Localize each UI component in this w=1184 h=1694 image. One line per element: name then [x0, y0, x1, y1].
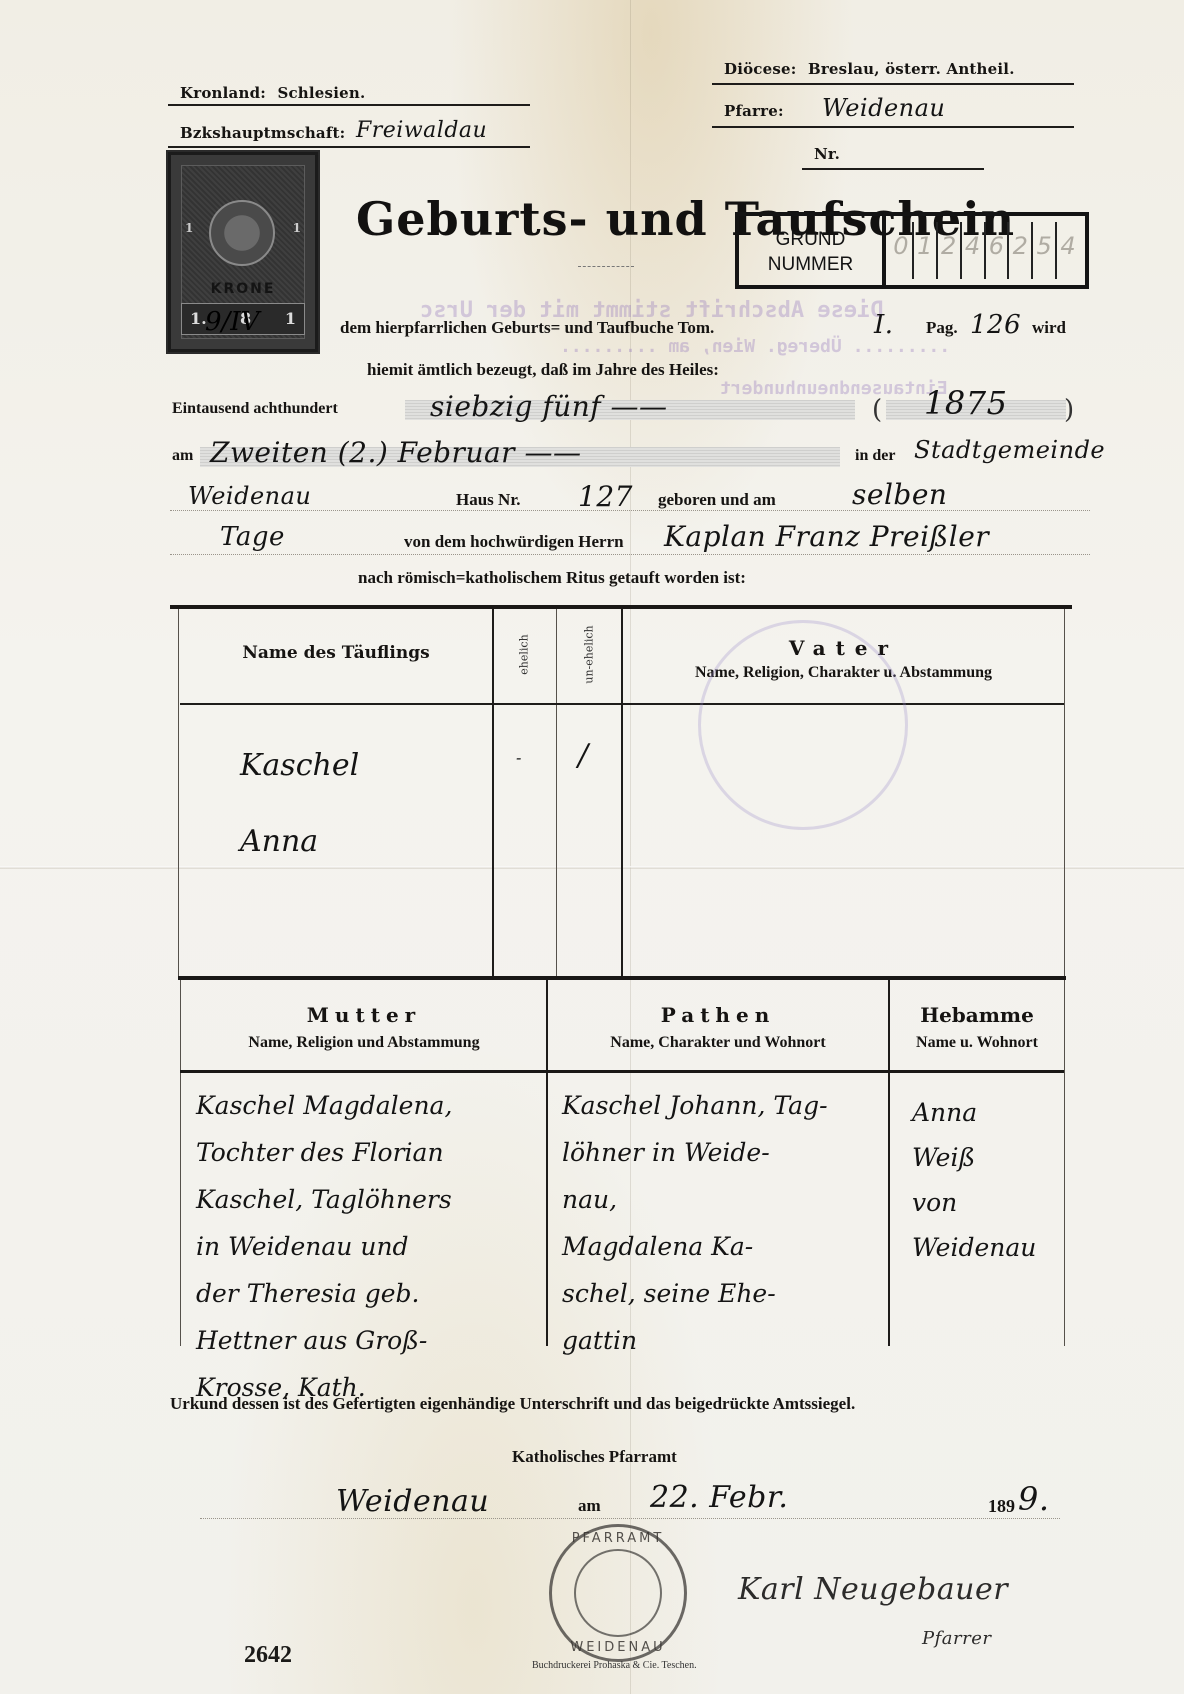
bezirk-label: Bzkshauptmschaft: [180, 124, 345, 142]
in-der-label: in der [855, 447, 895, 465]
revenue-stamp: 1 1 KRONE 1. 8 1 9/IV [168, 152, 318, 352]
table-top-divider-1 [492, 609, 494, 977]
footer-place: Weidenau [336, 1484, 489, 1519]
midwife-value: Anna Weiß von Weidenau [912, 1090, 1062, 1270]
godparents-value: Kaschel Johann, Tag- löhner in Weide- na… [562, 1082, 886, 1364]
dioecese-label: Diöcese: [724, 60, 797, 78]
header-godparents-title: Pathen [548, 1003, 888, 1027]
digit-cell: 1 [914, 222, 938, 279]
form-number: 2642 [244, 1642, 292, 1669]
seal-inner-ring [574, 1549, 662, 1637]
legit-value: - [516, 748, 522, 767]
priest-label: von dem hochwürdigen Herrn [404, 532, 624, 552]
paren-open: ( [872, 395, 882, 425]
kronland-rule [168, 104, 530, 106]
date-words: Zweiten (2.) Februar —— [210, 436, 581, 469]
year-words: siebzig fünf —— [430, 390, 668, 423]
bezirk-field: Bzkshauptmschaft: [180, 124, 345, 142]
footer-year-suffix: 9. [1018, 1480, 1050, 1518]
table-top-right-border [1064, 609, 1065, 977]
pfarre-label: Pfarre: [724, 102, 784, 120]
priest-dotted-rule [170, 554, 1090, 555]
ghost-stamp-line3: Eintausendneunhundert [720, 378, 948, 399]
year-prefix: Eintausend achthundert [172, 400, 338, 418]
digit-cell: 2 [938, 222, 962, 279]
pag-label: Pag. [926, 318, 958, 338]
stamp-bottom-right: 1 [285, 309, 296, 328]
kronland-value: Schlesien. [277, 84, 365, 102]
paren-close: ) [1064, 395, 1074, 425]
body-line1: dem hierpfarrlichen Geburts= und Taufbuc… [340, 318, 714, 338]
nr-rule [802, 168, 984, 170]
body-line2: hiemit ämtlich bezeugt, daß im Jahre des… [367, 360, 719, 380]
digit-cell: 4 [962, 222, 986, 279]
nr-label: Nr. [814, 145, 840, 163]
child-name-value: Kaschel Anna [240, 728, 359, 880]
table-bottom-header-rule [180, 1070, 1064, 1073]
pfarre-field: Pfarre: [724, 102, 784, 120]
stamp-value-left: 1 [185, 221, 193, 235]
illegit-value: / [578, 738, 589, 773]
mother-value: Kaschel Magdalena, Tochter des Florian K… [196, 1082, 544, 1411]
footer-year-prefix: 189 [988, 1496, 1015, 1517]
haus-label: Haus Nr. [456, 490, 521, 510]
year-digits: 1875 [924, 384, 1007, 422]
header-illegit: un-ehelich [583, 622, 596, 688]
stamp-value-right: 1 [293, 221, 301, 235]
table-bottom-right-border [1064, 980, 1065, 1346]
header-child-name: Name des Täuflings [180, 643, 492, 663]
grund-nummer-label: GRUND NUMMER [739, 216, 886, 285]
pag-value: 126 [970, 310, 1021, 340]
bezirk-rule [168, 146, 530, 148]
footer-date: 22. Febr. [650, 1480, 788, 1515]
am-label: am [172, 447, 193, 465]
kronland-label: Kronland: [180, 84, 266, 102]
document-page: Kronland: Schlesien. Bzkshauptmschaft: F… [0, 0, 1184, 1694]
digit-cell: 0 [890, 222, 914, 279]
baptism-day: selben [852, 478, 947, 511]
tom-value: I. [874, 310, 894, 340]
digit-cell: 2 [1009, 222, 1033, 279]
seal-top-text: PFARRAMT [552, 1531, 684, 1546]
dioecese-field: Diöcese: Breslau, österr. Antheil. [724, 60, 1015, 78]
pfarre-value: Weidenau [822, 94, 945, 122]
office-label: Katholisches Pfarramt [512, 1447, 677, 1467]
printer-credit: Buchdruckerei Prohaska & Cie. Teschen. [532, 1660, 697, 1671]
attestation-text: Urkund dessen ist des Gefertigten eigenh… [170, 1394, 855, 1414]
wird-text: wird [1032, 318, 1066, 338]
header-midwife-sub: Name u. Wohnort [890, 1034, 1064, 1052]
pfarre-rule [712, 126, 1074, 128]
signature-title: Pfarrer [922, 1628, 991, 1649]
haus-nr: 127 [578, 480, 633, 513]
digit-cell: 4 [1057, 222, 1079, 279]
table-top-divider-2 [556, 609, 557, 977]
parish-seal: PFARRAMT WEIDENAU [549, 1524, 687, 1662]
digit-cell: 6 [986, 222, 1010, 279]
title-ornament [578, 266, 634, 267]
rite-line: nach römisch=katholischem Ritus getauft … [358, 568, 746, 588]
seal-bottom-text: WEIDENAU [552, 1640, 684, 1655]
grund-nummer-box: GRUND NUMMER 0 1 2 4 6 2 5 4 [735, 212, 1089, 289]
faint-seal [698, 620, 908, 830]
dioecese-rule [712, 83, 1074, 85]
header-midwife-title: Hebamme [890, 1003, 1064, 1027]
table-bottom-left-border [180, 980, 181, 1346]
header-godparents-sub: Name, Charakter und Wohnort [548, 1034, 888, 1052]
stamp-currency: KRONE [171, 281, 315, 297]
bezirk-value: Freiwaldau [356, 118, 487, 143]
footer-am-label: am [578, 1496, 601, 1516]
place-type: Stadtgemeinde [914, 436, 1105, 464]
header-legit: ehelich [518, 625, 531, 685]
priest-name: Kaplan Franz Preißler [664, 520, 989, 553]
header-mother-sub: Name, Religion und Abstammung [182, 1034, 546, 1052]
haus-dotted-rule [170, 510, 1090, 511]
table-top-header-rule [180, 703, 1064, 705]
kronland-field: Kronland: Schlesien. [180, 84, 365, 102]
digit-cell: 5 [1033, 222, 1057, 279]
footer-dotted-rule [200, 1518, 1060, 1519]
stamp-cancel-mark: 9/IV [205, 307, 259, 337]
place-value: Weidenau [188, 482, 311, 510]
geboren-label: geboren und am [658, 490, 776, 510]
emperor-portrait-icon [209, 200, 275, 266]
signature: Karl Neugebauer [738, 1572, 1008, 1607]
dioecese-value: Breslau, österr. Antheil. [808, 60, 1015, 78]
tage-value: Tage [220, 522, 285, 552]
fold-line-vertical [630, 0, 631, 1694]
table-bottom-top-rule [178, 976, 1066, 980]
table-top-left-border [178, 609, 179, 977]
grund-nummer-digits: 0 1 2 4 6 2 5 4 [890, 222, 1079, 279]
header-mother-title: Mutter [182, 1003, 546, 1027]
